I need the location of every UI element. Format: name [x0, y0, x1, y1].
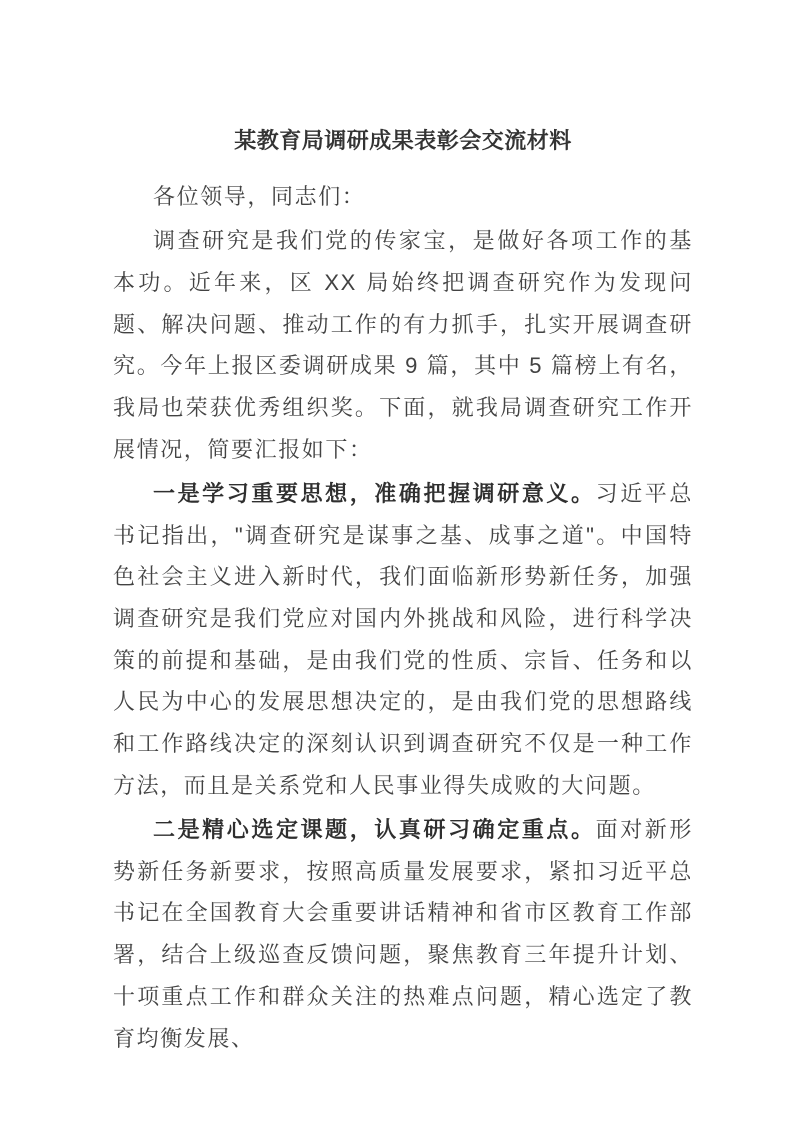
document-title: 某教育局调研成果表彰会交流材料 [113, 126, 693, 156]
paragraph-intro: 调查研究是我们党的传家宝，是做好各项工作的基本功。近年来，区 XX 局始终把调查… [113, 220, 693, 470]
paragraph-intro-text: 调查研究是我们党的传家宝，是做好各项工作的基本功。近年来，区 XX 局始终把调查… [113, 228, 693, 462]
paragraph-point-1: 一是学习重要思想，准确把握调研意义。习近平总书记指出，"调查研究是谋事之基、成事… [113, 473, 693, 807]
paragraph-point-2-lead: 二是精心选定课题，认真研习确定重点。 [153, 817, 596, 842]
salutation-line: 各位领导，同志们： [113, 176, 693, 218]
paragraph-point-2: 二是精心选定课题，认真研习确定重点。面对新形势新任务新要求，按照高质量发展要求，… [113, 809, 693, 1059]
paragraph-point-1-lead: 一是学习重要思想，准确把握调研意义。 [153, 481, 596, 506]
paragraph-point-1-text: 习近平总书记指出，"调查研究是谋事之基、成事之道"。中国特色社会主义进入新时代，… [113, 481, 693, 798]
document-page: 某教育局调研成果表彰会交流材料 各位领导，同志们： 调查研究是我们党的传家宝，是… [0, 0, 793, 1122]
paragraph-point-2-text: 面对新形势新任务新要求，按照高质量发展要求，紧扣习近平总书记在全国教育大会重要讲… [113, 817, 693, 1051]
